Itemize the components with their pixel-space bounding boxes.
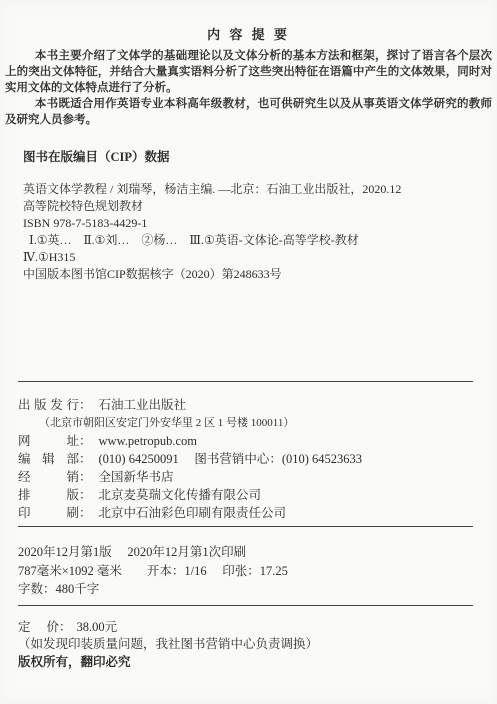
quality-notice: （如发现印装质量问题，我社图书营销中心负责调换） bbox=[18, 636, 473, 654]
colon: ： bbox=[79, 488, 92, 502]
cip-title-line: 英语文体学教程 / 刘瑞琴，杨洁主编. —北京：石油工业出版社，2020.12 bbox=[23, 181, 473, 198]
distribution-label: 经销 bbox=[18, 468, 79, 486]
typesetting-value: 北京麦莫瑞文化传播有限公司 bbox=[99, 488, 262, 502]
summary-title: 内 容 提 要 bbox=[5, 24, 492, 43]
cip-classification-line-2: Ⅳ.①H315 bbox=[23, 249, 473, 266]
printing-value: 北京中石油彩色印刷有限责任公司 bbox=[99, 506, 287, 520]
website-label: 网址 bbox=[18, 432, 79, 450]
typesetting-row: 排版：北京麦莫瑞文化传播有限公司 bbox=[18, 486, 473, 504]
price-value: 38.00元 bbox=[77, 620, 118, 634]
editorial-dept-label: 编辑部 bbox=[18, 450, 79, 468]
divider-rule-top bbox=[18, 381, 473, 382]
printing-label: 印刷 bbox=[18, 504, 79, 522]
colon: ： bbox=[59, 620, 72, 634]
word-count-line: 字数：480千字 bbox=[18, 580, 473, 599]
publisher-label: 出版发行 bbox=[18, 396, 79, 414]
publisher-address: （北京市朝阳区安定门外安华里 2 区 1 号楼 100011） bbox=[18, 414, 473, 432]
typesetting-label: 排版 bbox=[18, 486, 79, 504]
printing-row: 印刷：北京中石油彩色印刷有限责任公司 bbox=[18, 504, 473, 522]
edition-printing-line: 2020年12月第1版 2020年12月第1次印刷 bbox=[18, 543, 473, 562]
content-summary-section: 内 容 提 要 本书主要介绍了文体学的基础理论以及文体分析的基本方法和框架，探讨… bbox=[5, 24, 492, 128]
book-copyright-page: 内 容 提 要 本书主要介绍了文体学的基础理论以及文体分析的基本方法和框架，探讨… bbox=[0, 0, 497, 704]
publisher-row: 出版发行：石油工业出版社 bbox=[18, 396, 473, 414]
colon: ： bbox=[79, 452, 92, 466]
price-label: 定价 bbox=[18, 619, 59, 637]
price-row: 定价：38.00元 bbox=[18, 619, 473, 637]
cip-isbn-line: ISBN 978-7-5183-4429-1 bbox=[23, 215, 473, 232]
cip-classification-line-1: Ⅰ.①英… Ⅱ.①刘… ②杨… Ⅲ.①英语-文体论-高等学校-教材 bbox=[23, 232, 473, 249]
copyright-statement: 版权所有，翻印必究 bbox=[18, 654, 473, 672]
colophon-section: 出版发行：石油工业出版社 （北京市朝阳区安定门外安华里 2 区 1 号楼 100… bbox=[18, 396, 473, 522]
website-row: 网址：www.petropub.com bbox=[18, 432, 473, 450]
colon: ： bbox=[79, 434, 92, 448]
cip-series-line: 高等院校特色规划教材 bbox=[23, 198, 473, 215]
edition-section: 2020年12月第1版 2020年12月第1次印刷 787毫米×1092 毫米 … bbox=[18, 543, 473, 599]
summary-paragraph-1: 本书主要介绍了文体学的基础理论以及文体分析的基本方法和框架，探讨了语言各个层次上… bbox=[5, 48, 492, 96]
publisher-value: 石油工业出版社 bbox=[99, 398, 187, 412]
website-value: www.petropub.com bbox=[99, 434, 197, 448]
format-sheets-line: 787毫米×1092 毫米 开本：1/16 印张：17.25 bbox=[18, 562, 473, 581]
divider-rule-middle bbox=[18, 526, 473, 527]
summary-paragraph-2: 本书既适合用作英语专业本科高年级教材，也可供研究生以及从事英语文体学研究的教师及… bbox=[5, 96, 492, 128]
divider-rule-bottom bbox=[18, 605, 473, 606]
cip-section: 图书在版编目（CIP）数据 英语文体学教程 / 刘瑞琴，杨洁主编. —北京：石油… bbox=[23, 147, 473, 283]
price-section: 定价：38.00元 （如发现印装质量问题，我社图书营销中心负责调换） 版权所有，… bbox=[18, 619, 473, 672]
colon: ： bbox=[79, 398, 92, 412]
distribution-row: 经销：全国新华书店 bbox=[18, 468, 473, 486]
distribution-value: 全国新华书店 bbox=[99, 470, 174, 484]
cip-record-number-line: 中国版本图书馆CIP数据核字（2020）第248633号 bbox=[23, 266, 473, 283]
editorial-dept-row: 编辑部：(010) 64250091 图书营销中心：(010) 64523633 bbox=[18, 450, 473, 468]
colon: ： bbox=[79, 470, 92, 484]
colon: ： bbox=[79, 506, 92, 520]
cip-heading: 图书在版编目（CIP）数据 bbox=[23, 147, 473, 165]
editorial-dept-value: (010) 64250091 图书营销中心：(010) 64523633 bbox=[99, 452, 363, 466]
